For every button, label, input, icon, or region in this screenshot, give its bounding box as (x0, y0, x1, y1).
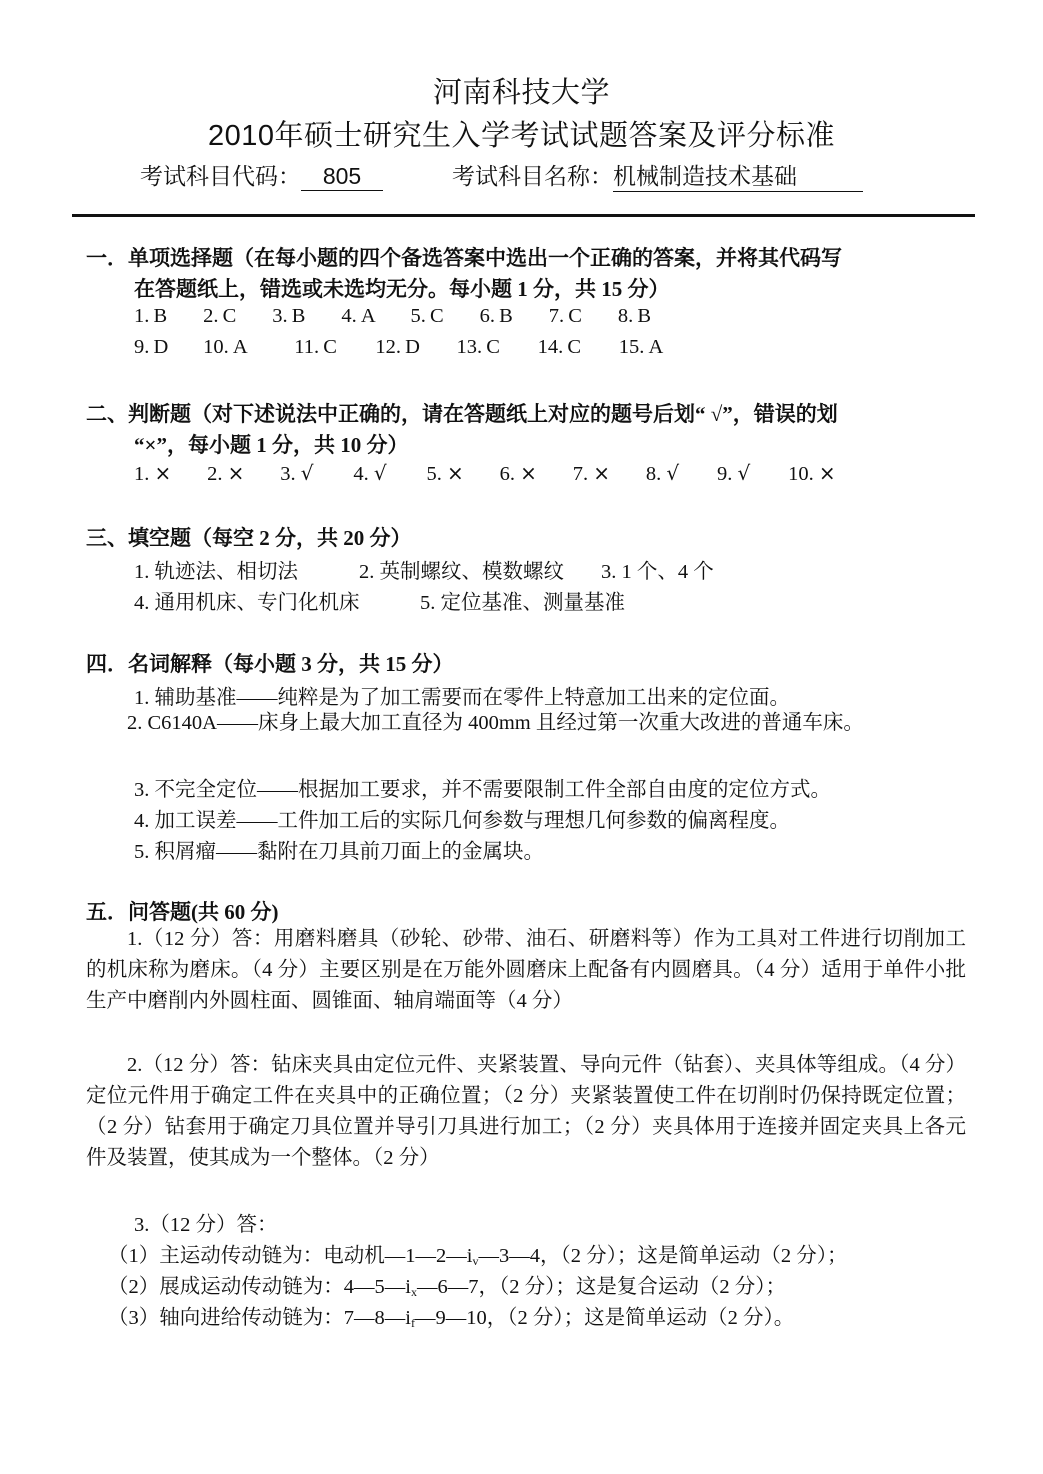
transmission-chain-line: （2）展成运动传动链为：4—5—ix—6—7，（2 分）；这是复合运动（2 分）… (108, 1269, 786, 1300)
tf-answer: 5. × (427, 461, 495, 486)
section4-heading: 四．名词解释（每小题 3 分，共 15 分） (86, 648, 454, 678)
section3-row1: 1. 轨迹法、相切法2. 英制螺纹、模数螺纹3. 1 个、4 个 (134, 554, 714, 584)
mc-answer: 8. B (618, 305, 682, 328)
fill-answer: 3. 1 个、4 个 (601, 561, 714, 583)
document-title: 2010年硕士研究生入学考试试题答案及评分标准 (0, 113, 1043, 154)
section2-answers: 1. × 2. × 3. √ 4. √ 5. × 6. × 7. × 8. √ … (134, 461, 858, 486)
check-icon: √ (374, 461, 387, 485)
transmission-chain-line: （1）主运动传动链为：电动机—1—2—iv—3—4，（2 分）；这是简单运动（2… (108, 1238, 847, 1269)
mc-answer: 11. C (294, 336, 370, 359)
cross-icon: × (593, 461, 610, 485)
mc-answer: 6. B (480, 305, 544, 328)
term-definition: 4. 加工误差——工件加工后的实际几何参数与理想几何参数的偏离程度。 (134, 803, 790, 833)
cross-icon: × (447, 461, 464, 485)
section2-heading-line1: 二、判断题（对下述说法中正确的，请在答题纸上对应的题号后划“ √”，错误的划 (86, 398, 838, 428)
check-icon: √ (666, 461, 679, 485)
subject-code-label: 考试科目代码： (140, 163, 301, 189)
fill-answer: 1. 轨迹法、相切法 (134, 554, 359, 584)
mc-answer: 13. C (457, 336, 533, 359)
section1-answers-row2: 9. D 10. A 11. C 12. D 13. C 14. C 15. A (134, 336, 695, 359)
mc-answer: 7. C (549, 305, 613, 328)
mc-answer: 9. D (134, 336, 198, 359)
mc-answer: 4. A (341, 305, 405, 328)
subject-code-value: 805 (301, 162, 383, 191)
mc-answer: 2. C (203, 305, 267, 328)
tf-answer: 8. √ (646, 461, 712, 486)
subject-code-row: 考试科目代码：805 (140, 158, 383, 191)
section3-row2: 4. 通用机床、专门化机床5. 定位基准、测量基准 (134, 585, 625, 615)
check-icon: √ (738, 461, 751, 485)
header-divider (72, 214, 975, 217)
tf-answer: 6. × (500, 461, 568, 486)
term-definition: 3. 不完全定位——根据加工要求，并不需要限制工件全部自由度的定位方式。 (134, 772, 831, 802)
transmission-chain-line: （3）轴向进给传动链为：7—8—if—9—10，（2 分）；这是简单运动（2 分… (108, 1300, 794, 1331)
cross-icon: × (520, 461, 537, 485)
term-definition: 5. 积屑瘤——黏附在刀具前刀面上的金属块。 (134, 834, 544, 864)
university-name: 河南科技大学 (0, 70, 1043, 111)
subject-name-label: 考试科目名称： (452, 163, 613, 189)
tf-answer: 4. √ (353, 461, 421, 486)
mc-answer: 1. B (134, 305, 198, 328)
cross-icon: × (819, 461, 836, 485)
section1-answers-row1: 1. B 2. C 3. B 4. A 5. C 6. B 7. C 8. B (134, 305, 682, 328)
term-definition: 2. C6140A——床身上最大加工直径为 400mm 且经过第一次重大改进的普… (86, 708, 966, 739)
essay-answer-2: 2.（12 分）答：钻床夹具由定位元件、夹紧装置、导向元件（钻套）、夹具体等组成… (86, 1050, 966, 1174)
mc-answer: 5. C (411, 305, 475, 328)
tf-answer: 9. √ (717, 461, 783, 486)
essay-answer-3-lead: 3.（12 分）答： (134, 1207, 278, 1237)
section3-heading: 三、填空题（每空 2 分，共 20 分） (86, 522, 412, 552)
cross-icon: × (228, 461, 245, 485)
mc-answer: 3. B (272, 305, 336, 328)
mc-answer: 15. A (619, 336, 695, 359)
tf-answer: 1. × (134, 461, 202, 486)
fill-answer: 5. 定位基准、测量基准 (420, 592, 625, 614)
section1-heading-line1: 一．单项选择题（在每小题的四个备选答案中选出一个正确的答案，并将其代码写 (86, 242, 842, 272)
fill-answer: 4. 通用机床、专门化机床 (134, 585, 420, 615)
tf-answer: 2. × (207, 461, 275, 486)
term-definition: 1. 辅助基准——纯粹是为了加工需要而在零件上特意加工出来的定位面。 (134, 680, 790, 710)
mc-answer: 12. D (375, 336, 451, 359)
check-icon: √ (301, 461, 314, 485)
mc-answer: 10. A (203, 336, 289, 359)
tf-answer: 10. × (788, 461, 858, 486)
section1-heading-line2: 在答题纸上，错选或未选均无分。每小题 1 分，共 15 分） (134, 273, 670, 303)
cross-icon: × (155, 461, 172, 485)
subject-name-value: 机械制造技术基础 (613, 163, 863, 192)
tf-answer: 7. × (573, 461, 641, 486)
subject-name-row: 考试科目名称：机械制造技术基础 (452, 158, 863, 192)
mc-answer: 14. C (538, 336, 614, 359)
section5-heading: 五．问答题(共 60 分) (86, 896, 279, 926)
fill-answer: 2. 英制螺纹、模数螺纹 (359, 554, 601, 584)
tf-answer: 3. √ (280, 461, 348, 486)
section2-heading-line2: “×”，每小题 1 分，共 10 分） (134, 429, 408, 459)
essay-answer-1: 1.（12 分）答：用磨料磨具（砂轮、砂带、油石、研磨料等）作为工具对工件进行切… (86, 924, 966, 1017)
